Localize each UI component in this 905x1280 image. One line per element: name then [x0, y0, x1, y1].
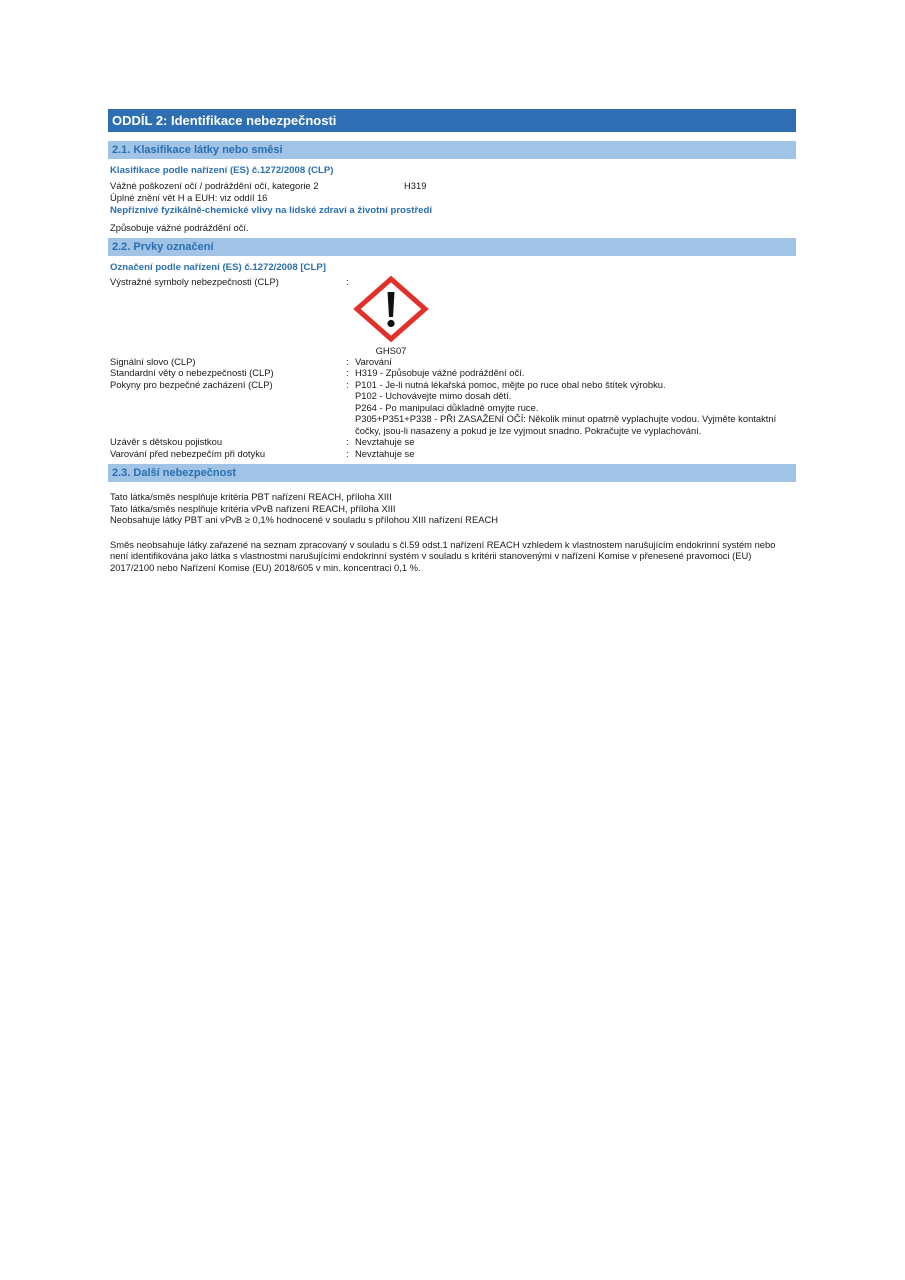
pbt-vpvb-threshold-line: Neobsahuje látky PBT ani vPvB ≥ 0,1% hod…	[108, 514, 796, 526]
classification-label: Vážné poškození očí / podráždění očí, ka…	[110, 180, 404, 192]
signal-word-value: Varování	[355, 356, 796, 368]
colon: :	[346, 356, 355, 368]
subsection-2-3-title: 2.3. Další nebezpečnost	[108, 464, 796, 482]
clp-classification-heading: Klasifikace podle nařízení (ES) č.1272/2…	[108, 165, 796, 177]
tactile-warning-label: Varování před nebezpečím při dotyku	[110, 448, 346, 460]
pictograms-label: Výstražné symboly nebezpečnosti (CLP)	[110, 276, 346, 356]
precautionary-list: P101 - Je-li nutná lékařská pomoc, mějte…	[355, 379, 796, 437]
colon: :	[346, 379, 355, 437]
hazard-statements-label: Standardní věty o nebezpečnosti (CLP)	[110, 367, 346, 379]
child-closure-row: Uzávěr s dětskou pojistkou : Nevztahuje …	[108, 436, 796, 448]
ghs-pictogram: GHS07	[346, 276, 436, 356]
precautionary-statement: P102 - Uchovávejte mimo dosah dětí.	[355, 390, 796, 402]
hazard-statement: H319 - Způsobuje vážné podráždění očí.	[355, 367, 796, 379]
signal-word-label: Signální slovo (CLP)	[110, 356, 346, 368]
colon: :	[346, 448, 355, 460]
pictogram-code: GHS07	[346, 345, 436, 356]
hazard-statements-row: Standardní věty o nebezpečnosti (CLP) : …	[108, 367, 796, 379]
pbt-line: Tato látka/směs nesplňuje kritéria PBT n…	[108, 491, 796, 503]
signal-word-row: Signální slovo (CLP) : Varování	[108, 356, 796, 368]
precautionary-statement: P101 - Je-li nutná lékařská pomoc, mějte…	[355, 379, 796, 391]
sds-section-2: ODDÍL 2: Identifikace nebezpečnosti 2.1.…	[108, 109, 796, 573]
tactile-warning-value: Nevztahuje se	[355, 448, 796, 460]
child-closure-value: Nevztahuje se	[355, 436, 796, 448]
clp-labelling-heading: Označení podle nařízení (ES) č.1272/2008…	[108, 262, 796, 274]
subsection-2-1-title: 2.1. Klasifikace látky nebo směsi	[108, 141, 796, 159]
precautionary-statement: P305+P351+P338 - PŘI ZASAŽENÍ OČÍ: Někol…	[355, 413, 796, 436]
effects-text: Způsobuje vážné podráždění očí.	[108, 222, 796, 234]
colon: :	[346, 367, 355, 379]
section-title: ODDÍL 2: Identifikace nebezpečnosti	[108, 109, 796, 132]
effects-heading: Nepříznivé fyzikálně-chemické vlivy na l…	[108, 205, 796, 217]
subsection-2-2-title: 2.2. Prvky označení	[108, 238, 796, 256]
classification-row: Vážné poškození očí / podráždění očí, ka…	[108, 180, 796, 192]
endocrine-text: Směs neobsahuje látky zařazené na seznam…	[108, 539, 796, 574]
child-closure-label: Uzávěr s dětskou pojistkou	[110, 436, 346, 448]
exclamation-mark-diamond-icon	[353, 276, 429, 342]
full-text-note: Úplné znění vět H a EUH: viz oddíl 16	[108, 192, 796, 204]
precautionary-row: Pokyny pro bezpečné zacházení (CLP) : P1…	[108, 379, 796, 437]
tactile-warning-row: Varování před nebezpečím při dotyku : Ne…	[108, 448, 796, 460]
classification-code: H319	[404, 180, 426, 192]
precautionary-statement: P264 - Po manipulaci důkladně omyjte ruc…	[355, 402, 796, 414]
colon: :	[346, 436, 355, 448]
pictograms-row: Výstražné symboly nebezpečnosti (CLP) : …	[108, 276, 796, 356]
vpvb-line: Tato látka/směs nesplňuje kritéria vPvB …	[108, 503, 796, 515]
precautionary-label: Pokyny pro bezpečné zacházení (CLP)	[110, 379, 346, 437]
